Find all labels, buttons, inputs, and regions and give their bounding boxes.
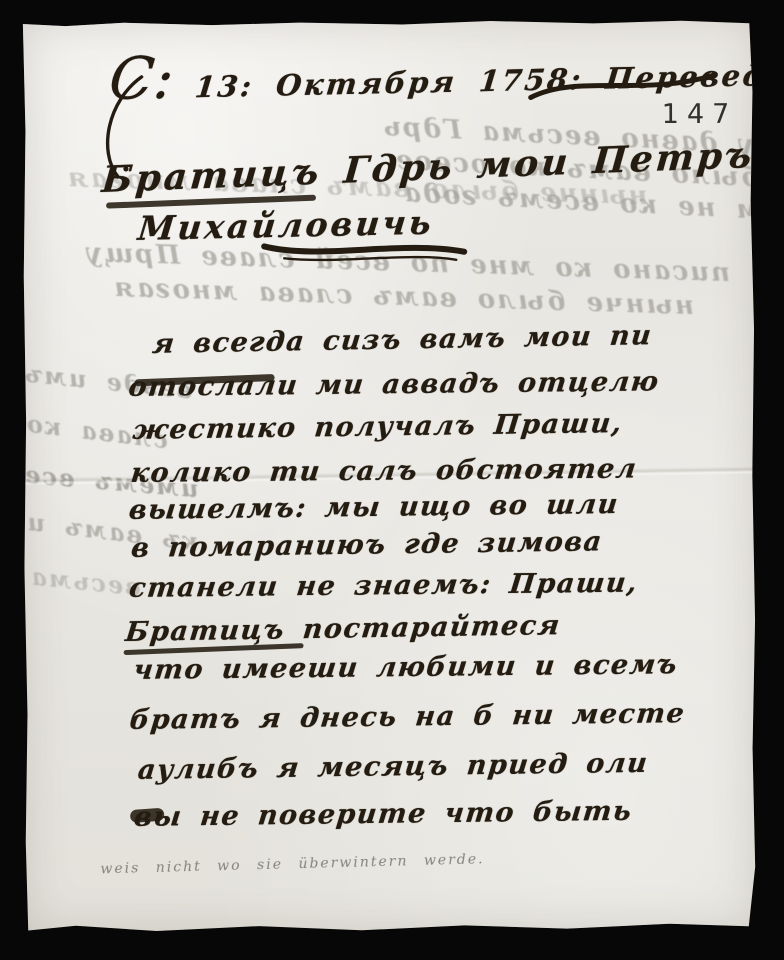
handwritten-line: жестико получалъ Праши, bbox=[131, 408, 624, 446]
handwritten-line: братъ я днесь на б ни месте bbox=[128, 698, 687, 736]
handwritten-line: я всегда сизъ вамъ мои пи bbox=[151, 320, 654, 360]
page-number-stamp: 147 bbox=[662, 99, 738, 130]
ink-blot bbox=[130, 808, 165, 823]
ghost-bleedthrough-fragment: весьма bbox=[28, 561, 142, 601]
manuscript-page: слышу давно весьма Гдрь жило было вамъ к… bbox=[21, 19, 757, 934]
ink-flourish bbox=[260, 238, 470, 265]
pencil-annotation: weis nicht wo sie überwintern werde. bbox=[100, 851, 485, 877]
handwritten-line: аулибъ я месяцъ приед оли bbox=[136, 748, 650, 786]
handwritten-line: в помараниюъ где зимова bbox=[130, 526, 605, 564]
photo-background: слышу давно весьма Гдрь жило было вамъ к… bbox=[0, 0, 784, 960]
handwritten-line: Братицъ постарайтеся bbox=[124, 610, 562, 648]
handwritten-line: станели не знаемъ: Праши, bbox=[128, 568, 640, 604]
handwritten-line: вышелмъ: мы ищо во шли bbox=[127, 489, 620, 526]
handwritten-line: колико ти салъ обстоятел bbox=[129, 453, 639, 488]
handwritten-line: отослали ми аввадъ отцелю bbox=[127, 366, 661, 403]
handwritten-line: вы не поверите что быть bbox=[132, 796, 634, 833]
handwritten-line: что имееши любими и всемъ bbox=[132, 649, 680, 686]
